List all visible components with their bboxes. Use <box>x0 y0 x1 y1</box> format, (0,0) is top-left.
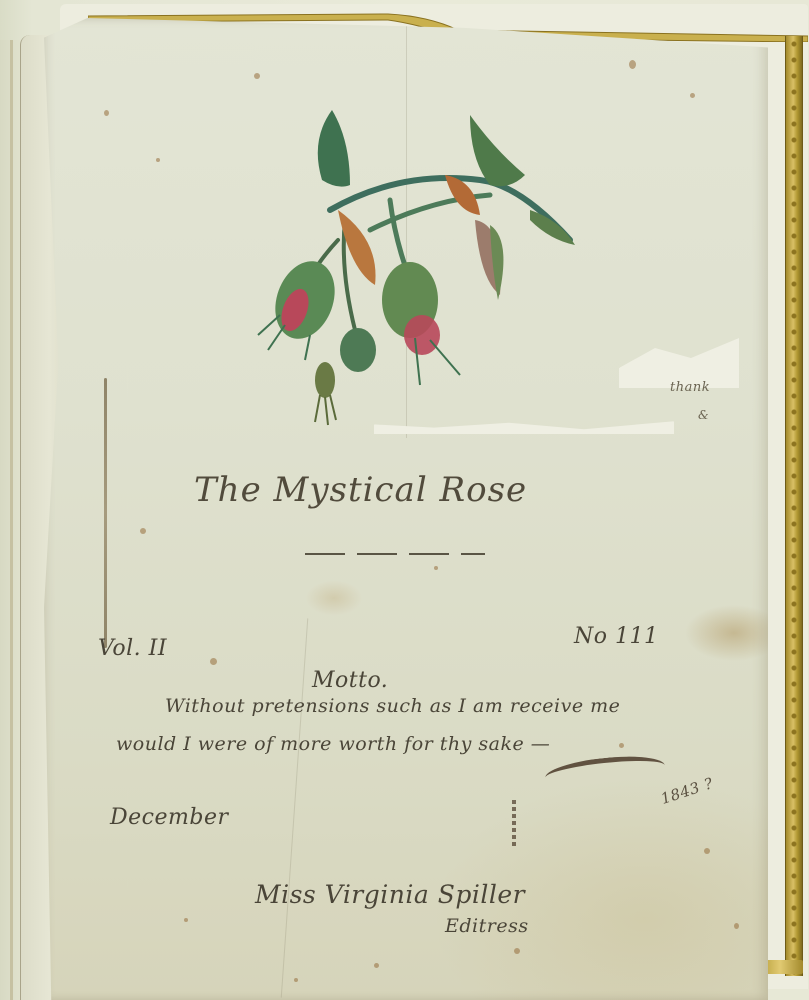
paper-crease <box>281 618 309 997</box>
marginal-note-2: & <box>698 408 709 422</box>
foxing-spot <box>704 848 710 854</box>
title-underline <box>305 553 485 555</box>
foxing-spot <box>619 743 624 748</box>
editor-role: Editress <box>445 915 529 937</box>
motto-line-1: Without pretensions such as I am receive… <box>165 695 620 717</box>
motto-heading: Motto. <box>312 668 388 693</box>
gilt-right-border <box>785 36 803 976</box>
foxing-spot <box>104 110 109 116</box>
binding-thread <box>104 378 107 648</box>
ink-smudge-stroke <box>512 800 516 846</box>
foxing-spot <box>140 528 146 534</box>
marginal-note: thank <box>670 380 710 395</box>
foxing-spot <box>434 566 438 570</box>
foxing-spot <box>156 158 160 162</box>
foxing-spot <box>374 963 379 968</box>
page-edge-line <box>10 40 13 1000</box>
foxing-spot <box>629 60 636 69</box>
manuscript-title: The Mystical Rose <box>194 470 527 510</box>
issue-month: December <box>110 805 228 830</box>
rose-branch-illustration <box>250 100 590 430</box>
foxing-spot <box>254 73 260 79</box>
motto-line-2: would I were of more worth for thy sake … <box>116 733 550 755</box>
editor-name: Miss Virginia Spiller <box>255 880 525 909</box>
foxing-spot <box>734 923 739 929</box>
foxing-spot <box>184 918 188 922</box>
foxing-spot <box>294 978 298 982</box>
volume-label: Vol. II <box>98 636 167 661</box>
foxing-spot <box>690 93 695 98</box>
foxing-spot <box>210 658 217 665</box>
foxing-spot <box>514 948 520 954</box>
issue-number: No 111 <box>574 624 658 649</box>
